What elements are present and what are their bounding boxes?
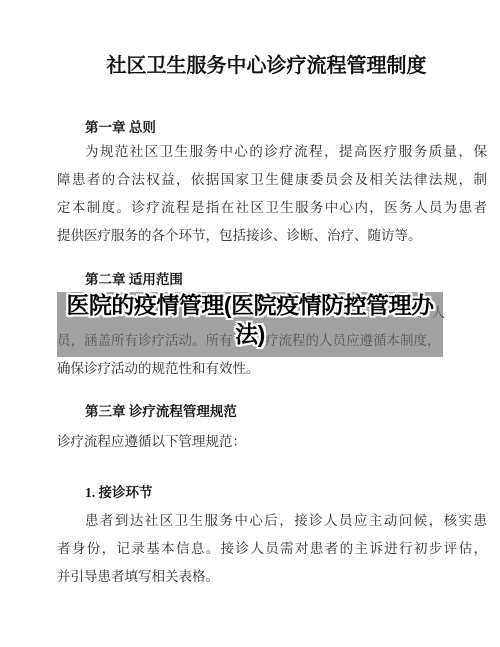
watermark-overlay-title: 医院的疫情管理(医院疫情防控管理办 法): [57, 291, 443, 349]
paragraph-line: 定本制度。诊疗流程是指在社区卫生服务中心内，医务人员为患者: [57, 194, 487, 222]
overlay-title-line1: 医院的疫情管理(医院疫情防控管理办: [57, 291, 443, 320]
document-title: 社区卫生服务中心诊疗流程管理制度: [57, 50, 487, 82]
paragraph-line: 确保诊疗活动的规范性和有效性。: [57, 355, 487, 383]
chapter3-intro-line: 诊疗流程应遵循以下管理规范：: [57, 428, 487, 456]
chapter2-heading: 第二章 适用范围: [57, 272, 487, 288]
chapter1-paragraph: 为规范社区卫生服务中心的诊疗流程，提高医疗服务质量，保 障患者的合法权益，依据国…: [57, 138, 487, 250]
item1-paragraph: 患者到达社区卫生服务中心后，接诊人员应主动问候，核实患 者身份，记录基本信息。接…: [57, 507, 487, 591]
chapter1-heading: 第一章 总则: [57, 120, 487, 136]
overlay-title-line2: 法): [57, 320, 443, 349]
paragraph-line: 患者到达社区卫生服务中心后，接诊人员应主动问候，核实患: [57, 507, 487, 535]
item1-heading: 1. 接诊环节: [57, 485, 487, 501]
paragraph-line: 并引导患者填写相关表格。: [57, 563, 487, 591]
paragraph-line: 提供医疗服务的各个环节，包括接诊、诊断、治疗、随访等。: [57, 222, 487, 250]
paragraph-line: 者身份，记录基本信息。接诊人员需对患者的主诉进行初步评估，: [57, 535, 487, 563]
document-page: 社区卫生服务中心诊疗流程管理制度 第一章 总则 为规范社区卫生服务中心的诊疗流程…: [0, 0, 500, 647]
paragraph-line: 为规范社区卫生服务中心的诊疗流程，提高医疗服务质量，保: [57, 138, 487, 166]
chapter3-heading: 第三章 诊疗流程管理规范: [57, 404, 487, 420]
paragraph-line: 障患者的合法权益，依据国家卫生健康委员会及相关法律法规，制: [57, 166, 487, 194]
